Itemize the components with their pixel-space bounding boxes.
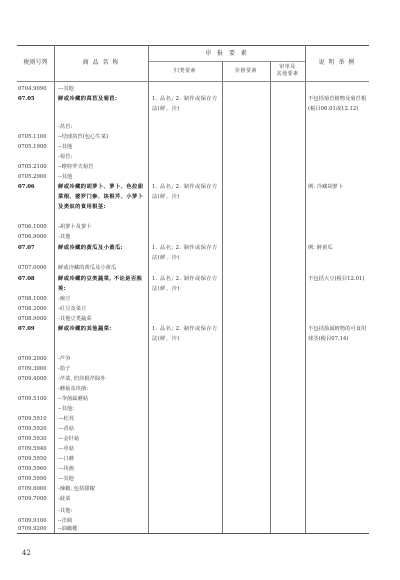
row-notes: 不包括菊苣植物及菊苣根(税目06.01或12.12): [308, 94, 368, 114]
header-declaration-group: 申 报 要 素: [148, 50, 306, 58]
row-classification: 1. 品名; 2. 制作或保存方法(鲜、冷): [152, 324, 220, 344]
row-name: ---香菇: [58, 424, 146, 434]
row-name: -菊苣:: [58, 152, 146, 162]
row-name: -茄子: [58, 364, 146, 374]
row-code: 0707.0000: [18, 263, 54, 273]
header-review-line1: 审单及: [270, 64, 305, 71]
row-code: 0709.5960: [18, 464, 54, 474]
col-divider-code-name: [54, 45, 55, 533]
row-name: -其他: [58, 232, 146, 242]
header-review-line2: 其他要素: [270, 71, 305, 78]
row-notes: 不包括大豆(税目12.01): [308, 274, 368, 284]
row-name: --其他: [58, 142, 146, 152]
header-notes: 说 明 举 例: [305, 59, 369, 67]
row-code: 07.08: [18, 274, 54, 284]
row-code: 0709.5990: [18, 474, 54, 484]
row-code: 0705.2100: [18, 162, 54, 172]
row-name: ---草菇: [58, 444, 146, 454]
declaration-subheader-rule: [148, 61, 306, 62]
row-notes: 例: 鲜黄瓜: [308, 243, 368, 253]
row-code: 07.07: [18, 243, 54, 253]
row-name: 鲜或冷藏的胡萝卜、萝卜、色拉甜菜根、婆罗门参、块根芹、小萝卜及类似的食用根茎:: [58, 182, 146, 212]
row-code: 0709.5100: [18, 394, 54, 404]
row-name: 鲜或冷藏的莴苣及菊苣:: [58, 94, 146, 104]
row-name: ---松茸: [58, 414, 146, 424]
row-name: --其他:: [58, 404, 146, 414]
row-code: 0706.9000: [18, 232, 54, 242]
header-name: 商 品 名 称: [54, 59, 148, 67]
row-name: 鲜或冷藏的黄瓜及小黄瓜:: [58, 243, 146, 253]
row-name: ---口蘑: [58, 454, 146, 464]
row-classification: 1. 品名; 2. 制作或保存方法(鲜、冷): [152, 243, 220, 263]
row-code: 07.09: [18, 324, 54, 334]
row-name: --维特罗夫菊苣: [58, 162, 146, 172]
row-code: 0709.5950: [18, 454, 54, 464]
row-classification: 1. 品名; 2. 制作或保存方法(鲜、冷): [152, 274, 220, 294]
row-code: 0705.2900: [18, 172, 54, 182]
row-code: 0708.9000: [18, 314, 54, 324]
row-code: 07.06: [18, 182, 54, 192]
row-name: 鲜或冷藏的黄瓜及小黄瓜: [58, 263, 146, 273]
row-code: 0709.6000: [18, 484, 54, 494]
row-code: 0708.1000: [18, 294, 54, 304]
row-name: -豇豆及菜豆: [58, 304, 146, 314]
row-name: ---其他: [58, 474, 146, 484]
row-code: 0709.5940: [18, 444, 54, 454]
row-name: ---金针菇: [58, 434, 146, 444]
row-name: -蘑菇及块菌:: [58, 384, 146, 394]
header-code: 税则号列: [17, 59, 54, 67]
row-classification: 1. 品名; 2. 制作或保存方法(鲜、冷): [152, 182, 220, 202]
row-name: -豌豆: [58, 294, 146, 304]
page-number: 42: [22, 549, 31, 557]
row-notes: 不包括茄属植物的可食用球茎(税目07.14): [308, 324, 368, 344]
row-code: 0709.5930: [18, 434, 54, 444]
row-name: 鲜或冷藏的其他蔬菜:: [58, 324, 146, 334]
row-code: 0709.5910: [18, 414, 54, 424]
row-name: -菠菜: [58, 494, 146, 504]
col-divider-classification-price: [222, 61, 223, 533]
row-code: 0708.2000: [18, 304, 54, 314]
header-bottom-rule: [17, 81, 369, 82]
row-name: --结球莴苣(包心生菜): [58, 132, 146, 142]
row-name: -其他:: [58, 506, 146, 516]
row-code: 0709.5920: [18, 424, 54, 434]
row-name: --伞菌属蘑菇: [58, 394, 146, 404]
document-page: 税则号列 商 品 名 称 申 报 要 素 归类要素 价格要素 审单及 其他要素 …: [0, 0, 400, 580]
row-name: ---其他: [58, 84, 146, 94]
row-code: 0705.1900: [18, 142, 54, 152]
row-name: --油橄榄: [58, 524, 146, 534]
row-name: -胡萝卜及萝卜: [58, 222, 146, 232]
row-code: 0709.2000: [18, 354, 54, 364]
row-code: 0705.1100: [18, 132, 54, 142]
row-name: -莴苣:: [58, 122, 146, 132]
row-code: 0709.7000: [18, 494, 54, 504]
header-price: 价格要素: [222, 68, 270, 75]
row-notes: 例: 冷藏胡萝卜: [308, 182, 368, 192]
row-name: -芦笋: [58, 354, 146, 364]
row-code: 0709.9200: [18, 524, 54, 534]
row-name: 鲜或冷藏的豆类蔬菜, 不论是否脱荚:: [58, 274, 146, 294]
row-name: --其他: [58, 172, 146, 182]
col-divider-price-review: [270, 61, 271, 533]
row-code: 0704.9090: [18, 84, 54, 94]
row-code: 0709.4000: [18, 374, 54, 384]
row-code: 0706.1000: [18, 222, 54, 232]
col-divider-name-classification: [148, 45, 149, 533]
row-code: 07.05: [18, 94, 54, 104]
row-code: 0709.3000: [18, 364, 54, 374]
row-name: -其他豆类蔬菜: [58, 314, 146, 324]
row-name: -芹菜, 但块根芹除外: [58, 374, 146, 384]
row-name: -辣椒, 包括甜椒: [58, 484, 146, 494]
row-classification: 1. 品名; 2. 制作或保存方法(鲜、冷): [152, 94, 220, 114]
header-classification: 归类要素: [148, 68, 222, 75]
row-name: ---块菌: [58, 464, 146, 474]
table-top-rule: [17, 45, 369, 46]
col-divider-review-notes: [305, 45, 306, 533]
